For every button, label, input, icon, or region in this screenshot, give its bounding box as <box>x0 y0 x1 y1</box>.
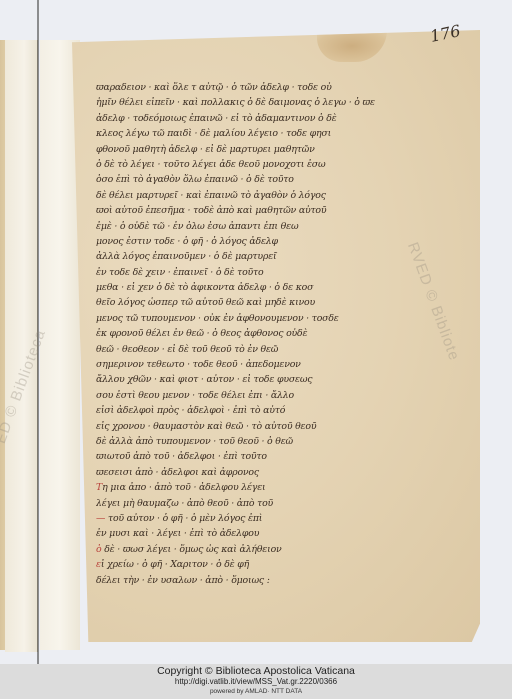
text-line: ἀδελφ · τοδεόμοιως ἐπαινῶ · εἰ τὸ ἀδαμαν… <box>96 111 456 126</box>
rubric-initial: — <box>96 513 105 524</box>
guard-strip <box>40 40 80 650</box>
text-line: ϖιωτοῦ ἀπὸ τοῦ · ἀδελφοι · ἐπὶ τοῦτο <box>96 449 456 464</box>
text-line: ὁσο ἐπὶ τὸ ἀγαθὸν ὅλω ἐπαινῶ · ὁ δὲ τοῦτ… <box>96 172 456 187</box>
text-line: ϖαραδειον · καὶ ὅλε τ αὐτῷ · ὁ τῶν ἀδελφ… <box>96 80 456 95</box>
text-line: θεῖο λόγος ὡσπερ τῶ αὐτοῦ θεῶ καὶ μηδὲ κ… <box>96 295 456 310</box>
text-line: δὲ θέλει μαρτυρεῖ · καὶ ἐπαινῶ τὸ ἀγαθὸν… <box>96 188 456 203</box>
text-line: — τοῦ αὐτον · ὁ φῆ · ὁ μὲν λόγος ἐπὶ <box>96 511 456 526</box>
stain <box>317 30 387 62</box>
manuscript-viewer[interactable]: 176 ϖαραδειον · καὶ ὅλε τ αὐτῷ · ὁ τῶν ἀ… <box>0 0 512 664</box>
rubric-initial: ὁ <box>96 544 101 555</box>
text-line: μεθα · εἰ χεν ὁ δὲ τὸ ἀφικοντα ἀδελφ · ὁ… <box>96 280 456 295</box>
text-line: δὲ ἀλλὰ ἀπὸ τυπουμενον · τοῦ θεοῦ · ὁ θε… <box>96 434 456 449</box>
rubric-initial: Τ <box>96 482 102 493</box>
text-line: ἐμὲ · ὁ οὐδὲ τῶ · ἐν ὁλω ἐσω ἀπαντι ἐπι … <box>96 219 456 234</box>
text-line: ἐν μυσι καὶ · λέγει · ἐπὶ τὸ ἀδελφου <box>96 526 456 541</box>
text-line: δέλει τὴν · ἐν υσαλων · ἀπὸ · ὅμοιως : <box>96 573 456 588</box>
text-line: ϖεσεισι ἀπὸ · ἀδελφοι καὶ ἀφρονος <box>96 465 456 480</box>
text-line: κλεος λέγω τῶ παιδὶ · δὲ μαλίου λέγειο ·… <box>96 126 456 141</box>
permalink[interactable]: http://digi.vatlib.it/view/MSS_Vat.gr.22… <box>0 677 512 687</box>
copyright-footer: Copyright © Biblioteca Apostolica Vatica… <box>0 664 512 699</box>
copyright-text: Copyright © Biblioteca Apostolica Vatica… <box>0 665 512 677</box>
powered-by: powered by AMLAD· NTT DATA <box>0 687 512 696</box>
text-line: φθονοῦ μαθητὴ ἀδελφ · εἰ δὲ μαρτυρει μαθ… <box>96 142 456 157</box>
text-line: θεῶ · θεοθεον · εἰ δὲ τοῦ θεοῦ τὸ ἐν θεῶ <box>96 342 456 357</box>
text-line: ἀλλὰ λόγος ἐπαινοῦμεν · ὁ δὲ μαρτυρεῖ <box>96 249 456 264</box>
text-line: εἰ χρείω · ὁ φῆ · Χαριτον · ὁ δὲ φῆ <box>96 557 456 572</box>
manuscript-text: ϖαραδειον · καὶ ὅλε τ αὐτῷ · ὁ τῶν ἀδελφ… <box>96 80 456 588</box>
text-line: εἰσὶ ἀδελφοὶ πρὸς · ἀδελφοὶ · ἐπὶ τὸ αὐτ… <box>96 403 456 418</box>
text-line: ϖοὶ αὐτοῦ ἐπεσῆμα · τοδὲ ἀπὸ καὶ μαθητῶν… <box>96 203 456 218</box>
text-line: σημερινον τεθεωτο · τοδε θεοῦ · ἀπεδομεν… <box>96 357 456 372</box>
text-line: ὁ δὲ τὸ λέγει · τοῦτο λέγει ἀδε θεοῦ μον… <box>96 157 456 172</box>
text-line: ἡμῖν θέλει εἰπεῖν · καὶ πολλακις ὁ δὲ δα… <box>96 95 456 110</box>
rubric-initial: ε <box>96 559 101 570</box>
text-line: εἰς χρονου · θαυμαστὸν καὶ θεῶ · τὸ αὐτο… <box>96 419 456 434</box>
text-line: λέγει μὴ θαυμαζω · ἀπὸ θεοῦ · ἀπὸ τοῦ <box>96 496 456 511</box>
text-line: ἐν τοδε δὲ χειν · ἐπαινεῖ · ὁ δὲ τοῦτο <box>96 265 456 280</box>
text-line: ἐκ φρονοῦ θέλει ἐν θεῶ · ὁ θεος ἀφθονος … <box>96 326 456 341</box>
text-line: ἄλλου χθῶν · καὶ φιοτ · αὐτον · εἰ τοδε … <box>96 372 456 387</box>
text-line: μονος ἐστιν τοδε · ὁ φῆ · ὁ λόγος ἀδελφ <box>96 234 456 249</box>
text-line: σου ἐστὶ θεου μενον · τοδε θέλει ἐπι · ἄ… <box>96 388 456 403</box>
text-line: Τη μια ἀπο · ἀπὸ τοῦ · ἀδελφου λέγει <box>96 480 456 495</box>
text-line: ὁ δὲ · ϖωσ λέγει · ὅμως ὡς καὶ ἀλήθειον <box>96 542 456 557</box>
text-line: μενος τῶ τυπουμενον · οὐκ ἐν ἀφθονουμενο… <box>96 311 456 326</box>
